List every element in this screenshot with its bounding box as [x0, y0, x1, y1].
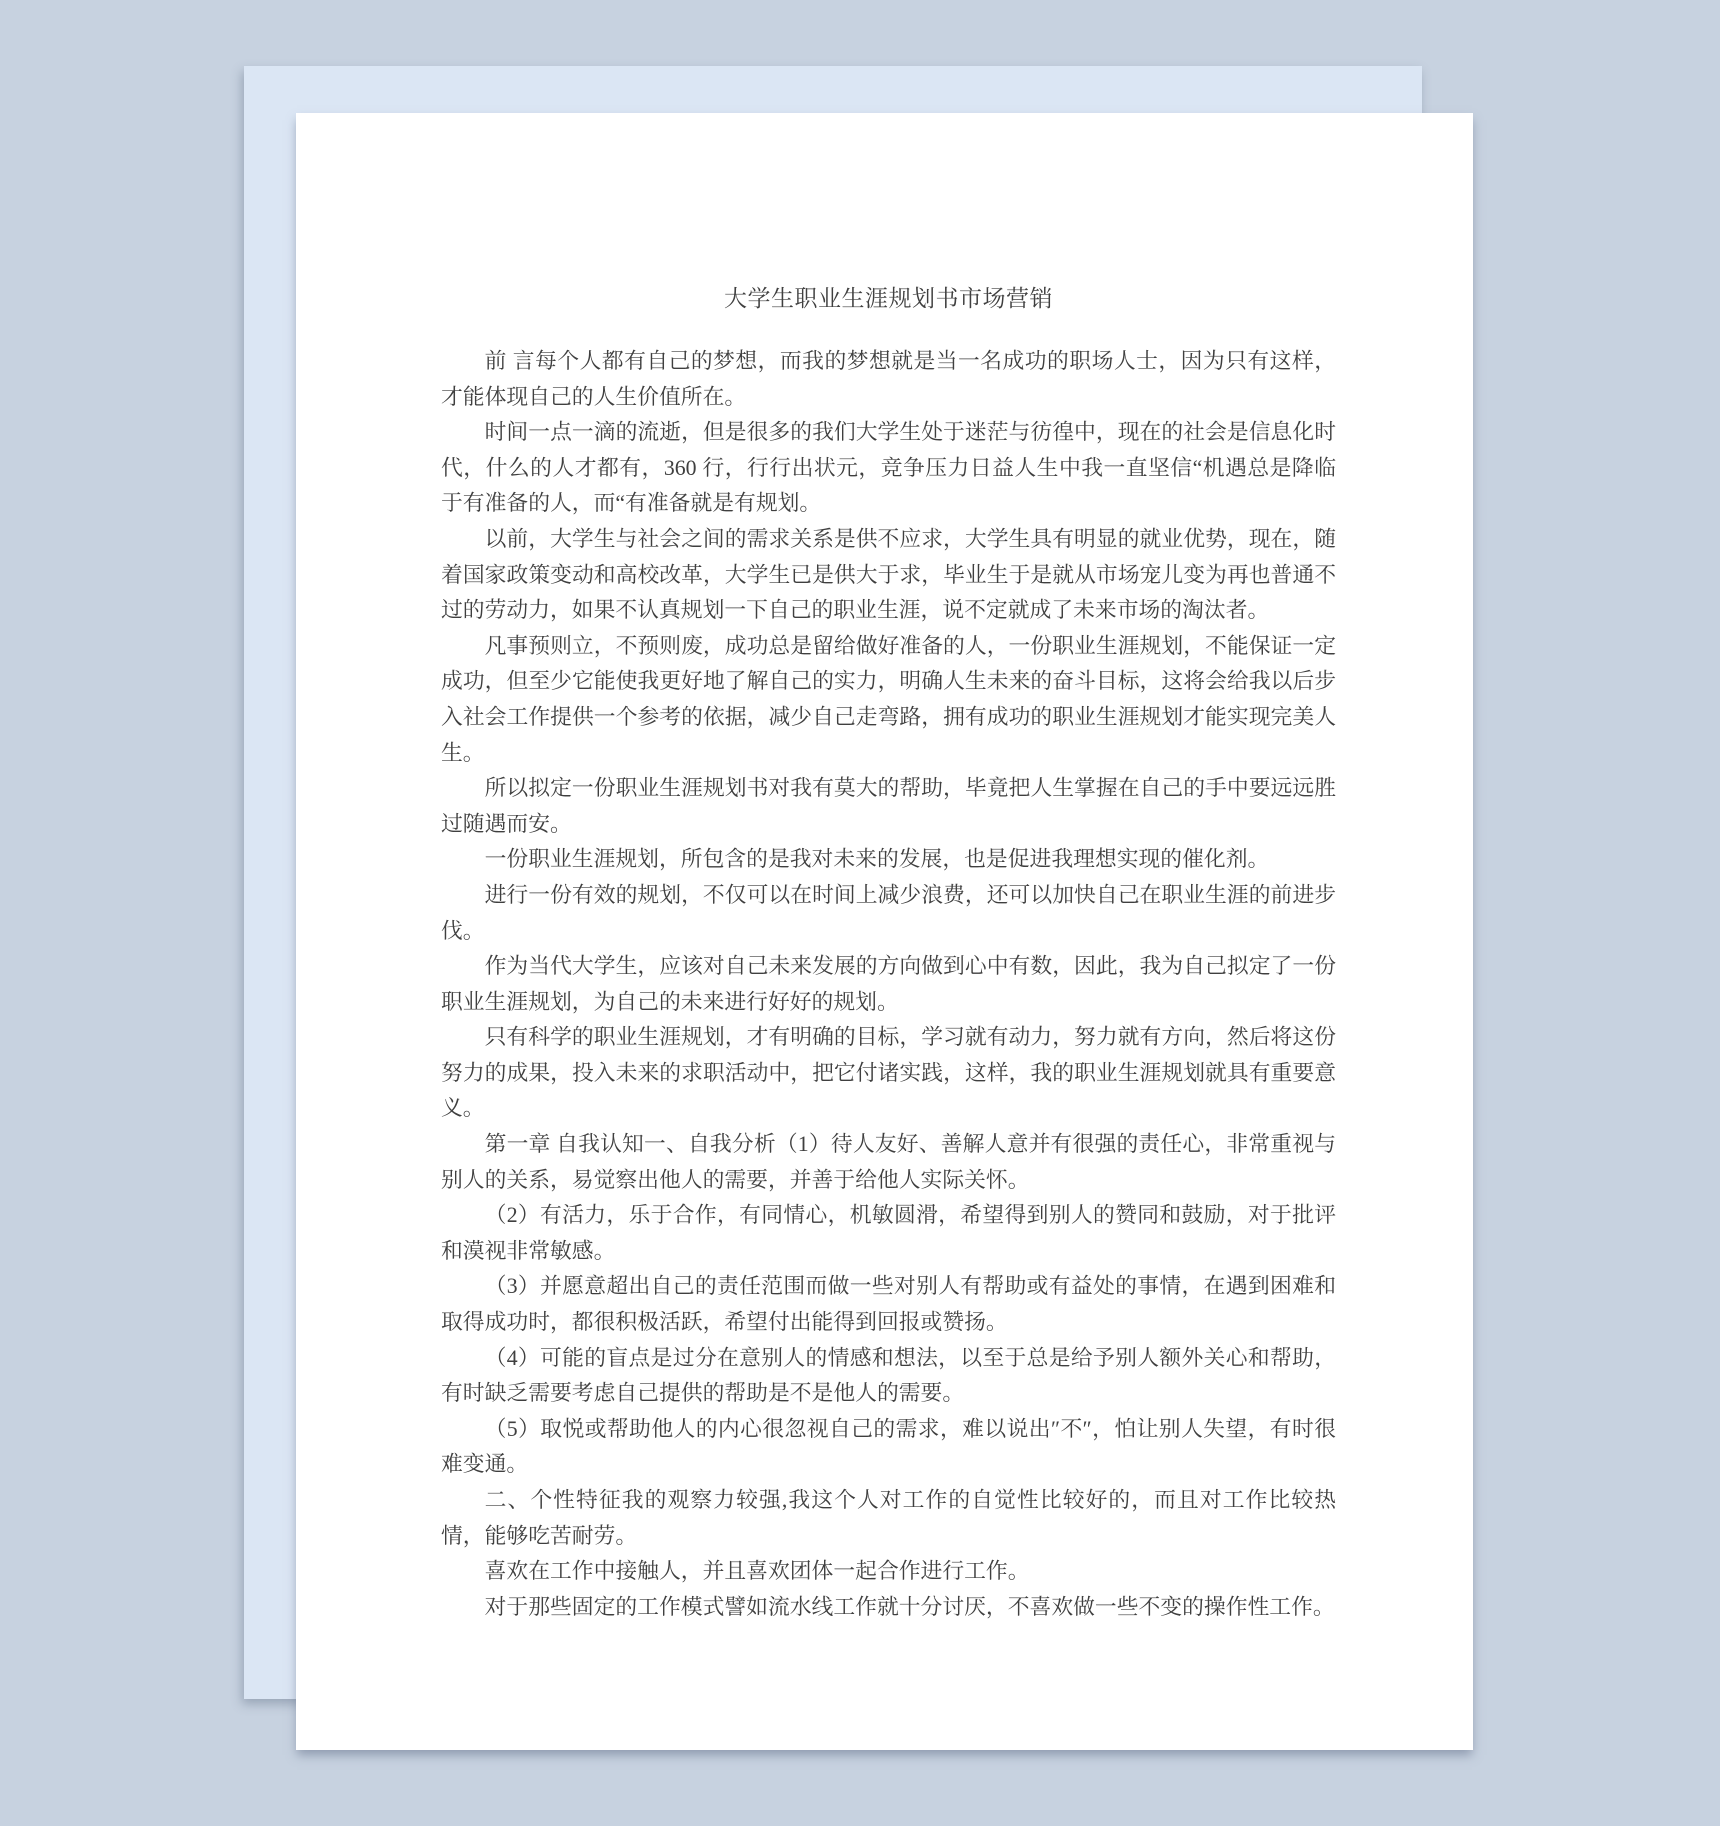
paragraph: （4）可能的盲点是过分在意别人的情感和想法，以至于总是给予别人额外关心和帮助，有…	[441, 1341, 1336, 1412]
document-page: 大学生职业生涯规划书市场营销 前 言每个人都有自己的梦想，而我的梦想就是当一名成…	[296, 113, 1473, 1750]
paragraph: 以前，大学生与社会之间的需求关系是供不应求，大学生具有明显的就业优势，现在，随着…	[441, 522, 1336, 629]
paragraph: （3）并愿意超出自己的责任范围而做一些对别人有帮助或有益处的事情，在遇到困难和取…	[441, 1269, 1336, 1340]
paragraph: 时间一点一滴的流逝，但是很多的我们大学生处于迷茫与彷徨中，现在的社会是信息化时代…	[441, 415, 1336, 522]
paragraph: 凡事预则立，不预则废，成功总是留给做好准备的人，一份职业生涯规划，不能保证一定成…	[441, 629, 1336, 771]
document-title: 大学生职业生涯规划书市场营销	[441, 283, 1336, 314]
paragraph: 一份职业生涯规划，所包含的是我对未来的发展，也是促进我理想实现的催化剂。	[441, 842, 1336, 878]
paragraph: 前 言每个人都有自己的梦想，而我的梦想就是当一名成功的职场人士，因为只有这样，才…	[441, 344, 1336, 415]
paragraph: 第一章 自我认知一、自我分析（1）待人友好、善解人意并有很强的责任心，非常重视与…	[441, 1127, 1336, 1198]
paragraph: 作为当代大学生，应该对自己未来发展的方向做到心中有数，因此，我为自己拟定了一份职…	[441, 949, 1336, 1020]
paragraph: 对于那些固定的工作模式譬如流水线工作就十分讨厌，不喜欢做一些不变的操作性工作。	[441, 1590, 1336, 1626]
paragraph: 只有科学的职业生涯规划，才有明确的目标，学习就有动力，努力就有方向，然后将这份努…	[441, 1020, 1336, 1127]
document-body: 前 言每个人都有自己的梦想，而我的梦想就是当一名成功的职场人士，因为只有这样，才…	[441, 344, 1336, 1625]
paragraph: 所以拟定一份职业生涯规划书对我有莫大的帮助，毕竟把人生掌握在自己的手中要远远胜过…	[441, 771, 1336, 842]
paragraph: 二、个性特征我的观察力较强,我这个人对工作的自觉性比较好的，而且对工作比较热情，…	[441, 1483, 1336, 1554]
paragraph: 喜欢在工作中接触人，并且喜欢团体一起合作进行工作。	[441, 1554, 1336, 1590]
paragraph: （2）有活力，乐于合作，有同情心，机敏圆滑，希望得到别人的赞同和鼓励，对于批评和…	[441, 1198, 1336, 1269]
paragraph: （5）取悦或帮助他人的内心很忽视自己的需求，难以说出″不″，怕让别人失望，有时很…	[441, 1412, 1336, 1483]
paragraph: 进行一份有效的规划，不仅可以在时间上减少浪费，还可以加快自己在职业生涯的前进步伐…	[441, 878, 1336, 949]
